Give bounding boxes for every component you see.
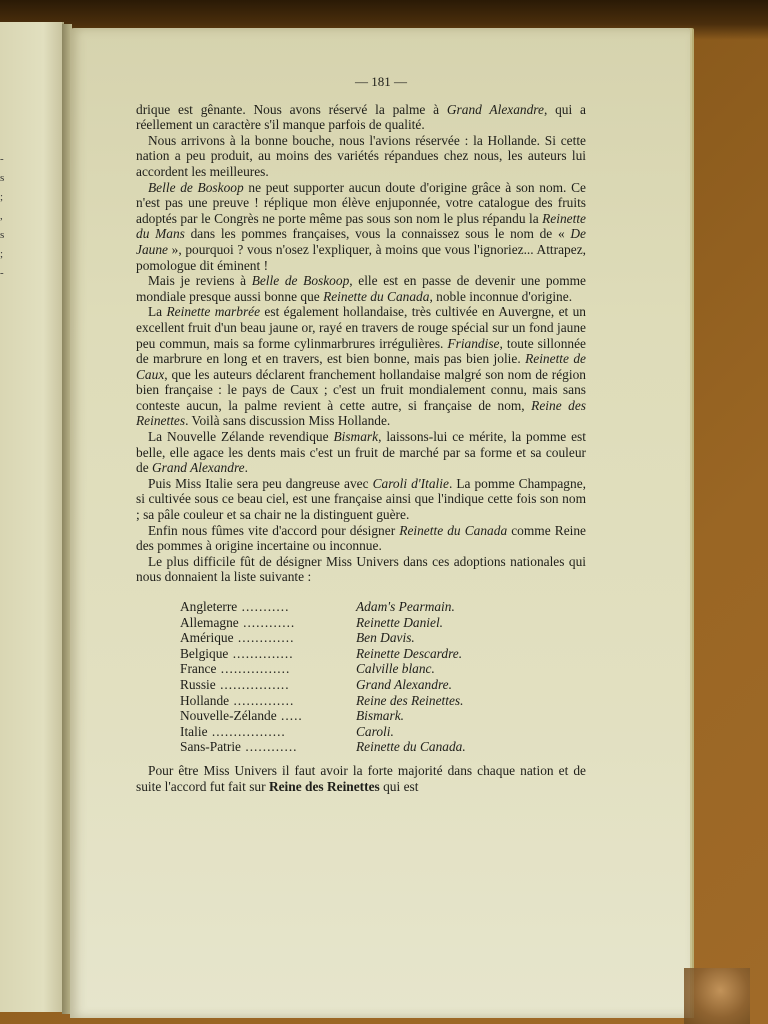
paragraph: Mais je reviens à Belle de Boskoop, elle… [136, 273, 586, 304]
leader-dots: ............ [241, 739, 298, 754]
list-item: Belgique ..............Reinette Descardr… [180, 646, 560, 662]
margin-mark: - [0, 150, 10, 169]
margin-mark: ; [0, 188, 10, 207]
italic-variety-name: Friandise [447, 336, 499, 351]
leader-dots: .............. [229, 693, 294, 708]
paragraph: Nous arrivons à la bonne bouche, nous l'… [136, 133, 586, 180]
leader-dots: ................ [216, 677, 290, 692]
italic-variety-name: Grand Alexandre [152, 460, 245, 475]
apple-variety: Reinette du Canada. [356, 739, 466, 755]
list-item: Nouvelle-Zélande .....Bismark. [180, 708, 560, 724]
paragraph: Belle de Boskoop ne peut supporter aucun… [136, 180, 586, 274]
left-page-text-fragments: -s;,s;- [0, 150, 10, 283]
italic-variety-name: Grand Alexandre [447, 102, 544, 117]
text-run: », pourquoi ? vous n'osez l'expliquer, à… [136, 242, 586, 273]
page-text: — 181 — drique est gênante. Nous avons r… [136, 74, 586, 794]
leader-dots: ............. [234, 630, 295, 645]
apple-variety: Ben Davis. [356, 630, 415, 646]
apple-variety: Caroli. [356, 724, 394, 740]
apple-variety: Calville blanc. [356, 661, 435, 677]
thumbnail-overlay [684, 968, 750, 1024]
list-item: Russie ................Grand Alexandre. [180, 677, 560, 693]
paragraph: drique est gênante. Nous avons réservé l… [136, 102, 586, 133]
paragraph: La Reinette marbrée est également hollan… [136, 304, 586, 429]
body-paragraphs: drique est gênante. Nous avons réservé l… [136, 102, 586, 585]
leader-dots: ............ [239, 615, 296, 630]
country-name: Nouvelle-Zélande ..... [180, 708, 356, 724]
text-run: . [245, 460, 248, 475]
text-run: dans les pommes françaises, vous la conn… [185, 226, 571, 241]
apple-variety: Reinette Daniel. [356, 615, 443, 631]
text-run: La [148, 304, 166, 319]
apple-variety: Grand Alexandre. [356, 677, 452, 693]
italic-variety-name: Belle de Boskoop [148, 180, 244, 195]
text-run: Mais je reviens à [148, 273, 252, 288]
list-item: France ................Calville blanc. [180, 661, 560, 677]
country-name: Hollande .............. [180, 693, 356, 709]
text-run: , que les auteurs déclarent franchement … [136, 367, 586, 413]
left-page-edge: -s;,s;- [0, 22, 64, 1012]
apple-variety: Adam's Pearmain. [356, 599, 455, 615]
apple-variety: Bismark. [356, 708, 404, 724]
text-run: drique est gênante. Nous avons réservé l… [136, 102, 447, 117]
text-run: Le plus difficile fût de désigner Miss U… [136, 554, 586, 585]
closing-paragraph: Pour être Miss Univers il faut avoir la … [136, 763, 586, 794]
apple-variety: Reine des Reinettes. [356, 693, 463, 709]
text-run: , noble inconnue d'origine. [429, 289, 572, 304]
leader-dots: ........... [237, 599, 289, 614]
bold-variety-name: Reine des Reinettes [269, 779, 380, 794]
country-name: Belgique .............. [180, 646, 356, 662]
page-number: — 181 — [136, 74, 586, 90]
apple-variety: Reinette Descardre. [356, 646, 462, 662]
text-run: La Nouvelle Zélande revendique [148, 429, 333, 444]
text-run: qui est [380, 779, 419, 794]
country-variety-list: Angleterre ...........Adam's Pearmain.Al… [180, 599, 560, 755]
list-item: Angleterre ...........Adam's Pearmain. [180, 599, 560, 615]
paragraph: Enfin nous fûmes vite d'accord pour dési… [136, 523, 586, 554]
paragraph: Puis Miss Italie sera peu dangreuse avec… [136, 476, 586, 523]
text-run: Puis Miss Italie sera peu dangreuse avec [148, 476, 373, 491]
country-name: France ................ [180, 661, 356, 677]
margin-mark: s [0, 169, 10, 188]
list-item: Hollande ..............Reine des Reinett… [180, 693, 560, 709]
country-name: Amérique ............. [180, 630, 356, 646]
country-name: Angleterre ........... [180, 599, 356, 615]
margin-mark: ; [0, 245, 10, 264]
list-item: Sans-Patrie ............Reinette du Cana… [180, 739, 560, 755]
leader-dots: ..... [277, 708, 303, 723]
italic-variety-name: Bismark [333, 429, 378, 444]
leader-dots: ................ [216, 661, 290, 676]
leader-dots: .............. [228, 646, 293, 661]
paragraph: La Nouvelle Zélande revendique Bismark, … [136, 429, 586, 476]
italic-variety-name: Reinette du Canada [323, 289, 429, 304]
text-run: Enfin nous fûmes vite d'accord pour dési… [148, 523, 399, 538]
margin-mark: - [0, 264, 10, 283]
italic-variety-name: Belle de Boskoop [252, 273, 350, 288]
italic-variety-name: Caroli d'Italie [373, 476, 449, 491]
paragraph: Le plus difficile fût de désigner Miss U… [136, 554, 586, 585]
italic-variety-name: Reinette marbrée [166, 304, 260, 319]
text-run: Nous arrivons à la bonne bouche, nous l'… [136, 133, 586, 179]
leader-dots: ................. [208, 724, 286, 739]
country-name: Italie ................. [180, 724, 356, 740]
list-item: Allemagne ............Reinette Daniel. [180, 615, 560, 631]
country-name: Allemagne ............ [180, 615, 356, 631]
margin-mark: , [0, 207, 10, 226]
list-item: Amérique .............Ben Davis. [180, 630, 560, 646]
italic-variety-name: Reinette du Canada [399, 523, 507, 538]
margin-mark: s [0, 226, 10, 245]
list-item: Italie .................Caroli. [180, 724, 560, 740]
country-name: Sans-Patrie ............ [180, 739, 356, 755]
country-name: Russie ................ [180, 677, 356, 693]
text-run: . Voilà sans discussion Miss Hollande. [185, 413, 390, 428]
